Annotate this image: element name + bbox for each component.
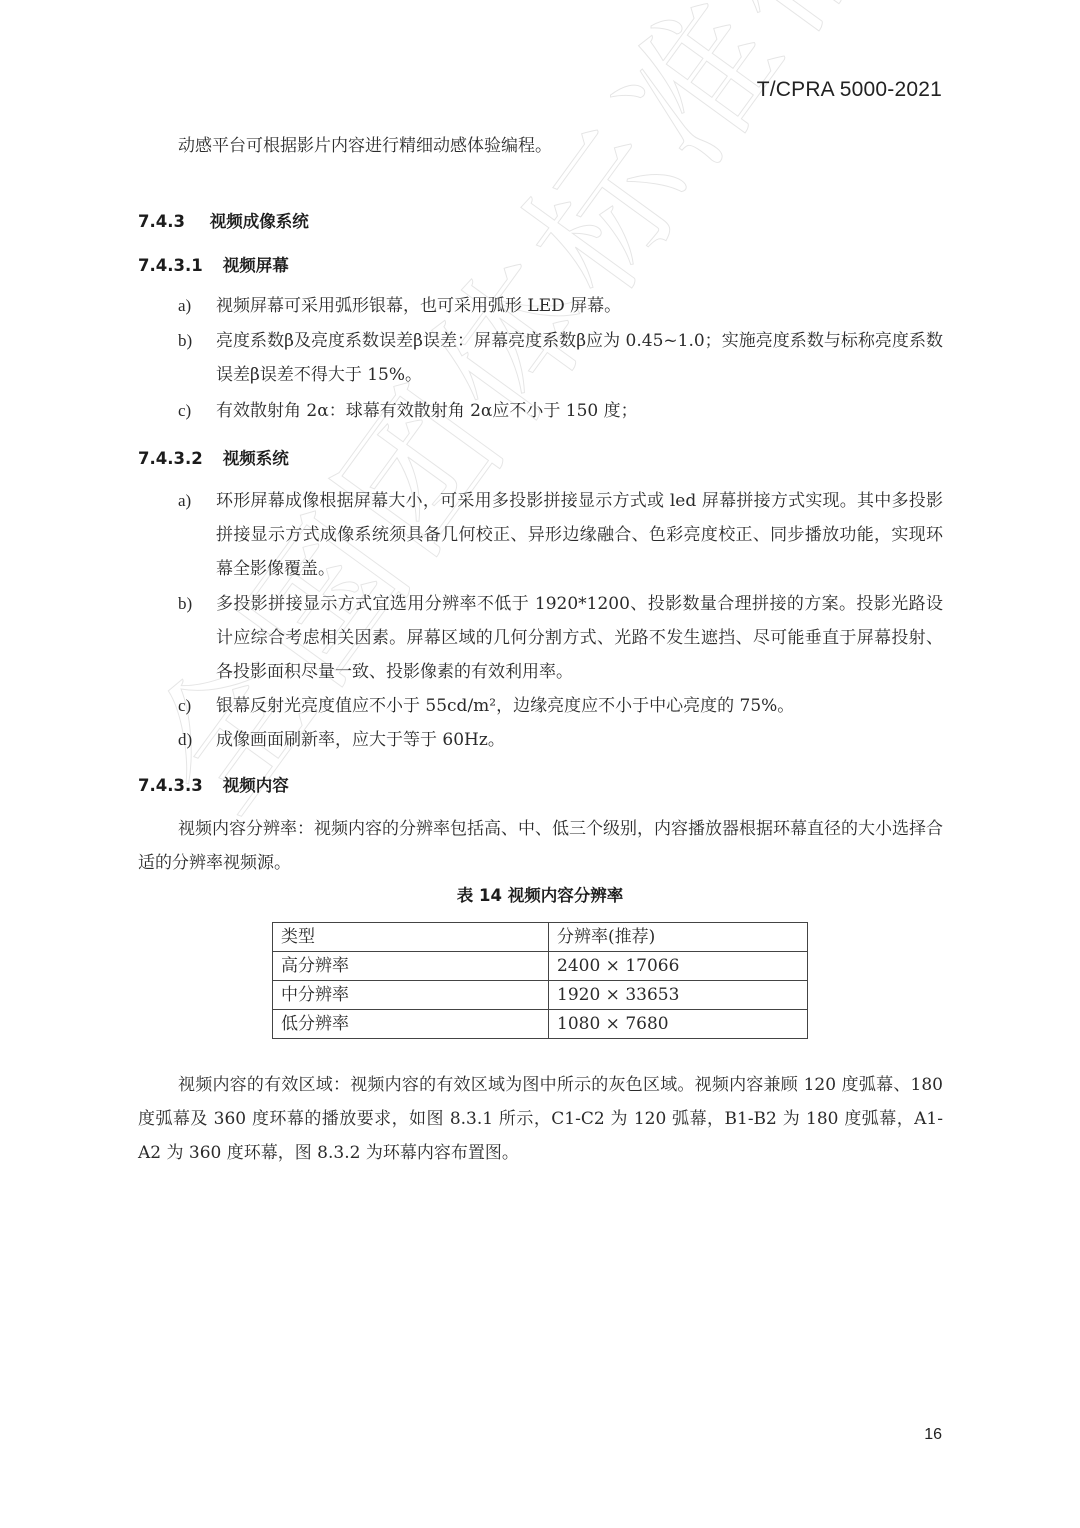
list-item: a) 环形屏幕成像根据屏幕大小，可采用多投影拼接显示方式或 led 屏幕拼接方式…	[178, 484, 943, 586]
list-item-text: 环形屏幕成像根据屏幕大小，可采用多投影拼接显示方式或 led 屏幕拼接方式实现。…	[216, 484, 943, 586]
heading-title: 视频成像系统	[210, 208, 309, 232]
list-item: a) 视频屏幕可采用弧形银幕，也可采用弧形 LED 屏幕。	[178, 289, 943, 323]
list-item-text: 亮度系数β及亮度系数误差β误差：屏幕亮度系数β应为 0.45~1.0；实施亮度系…	[216, 324, 943, 392]
heading-7-4-3-1: 7.4.3.1 视频屏幕	[138, 252, 289, 276]
resolution-table: 类型 分辨率(推荐) 高分辨率 2400 × 17066 中分辨率 1920 ×…	[272, 922, 808, 1039]
heading-number: 7.4.3.1	[138, 256, 217, 275]
list-marker: d)	[178, 723, 208, 757]
table-row: 低分辨率 1080 × 7680	[273, 1010, 808, 1039]
list-marker: c)	[178, 689, 208, 723]
intro-paragraph: 动感平台可根据影片内容进行精细动感体验编程。	[138, 129, 943, 163]
heading-title: 视频屏幕	[223, 252, 289, 276]
list-item-text: 视频屏幕可采用弧形银幕，也可采用弧形 LED 屏幕。	[216, 289, 943, 323]
list-item: d) 成像画面刷新率，应大于等于 60Hz。	[178, 723, 943, 757]
list-marker: b)	[178, 587, 208, 621]
list-marker: a)	[178, 289, 208, 323]
table-cell: 2400 × 17066	[549, 952, 808, 981]
document-page: 全国团体标准信息平台 T/CPRA 5000-2021 动感平台可根据影片内容进…	[0, 0, 1080, 1528]
list-item: c) 有效散射角 2α：球幕有效散射角 2α应不小于 150 度；	[178, 394, 943, 428]
list-item-text: 有效散射角 2α：球幕有效散射角 2α应不小于 150 度；	[216, 394, 943, 428]
list-marker: a)	[178, 484, 208, 518]
heading-title: 视频内容	[223, 772, 289, 796]
table-header-cell: 类型	[273, 923, 549, 952]
heading-number: 7.4.3.2	[138, 449, 217, 468]
list-item: b) 多投影拼接显示方式宜选用分辨率不低于 1920*1200、投影数量合理拼接…	[178, 587, 943, 689]
page-number: 16	[924, 1426, 942, 1444]
heading-7-4-3: 7.4.3 视频成像系统	[138, 208, 309, 232]
heading-number: 7.4.3	[138, 212, 204, 231]
table-header-cell: 分辨率(推荐)	[549, 923, 808, 952]
table-row: 高分辨率 2400 × 17066	[273, 952, 808, 981]
table-cell: 1080 × 7680	[549, 1010, 808, 1039]
table-caption: 表 14 视频内容分辨率	[0, 882, 1080, 906]
list-marker: b)	[178, 324, 208, 358]
list-item: b) 亮度系数β及亮度系数误差β误差：屏幕亮度系数β应为 0.45~1.0；实施…	[178, 324, 943, 392]
heading-number: 7.4.3.3	[138, 776, 217, 795]
list-item-text: 成像画面刷新率，应大于等于 60Hz。	[216, 723, 943, 757]
table-cell: 低分辨率	[273, 1010, 549, 1039]
effective-area-paragraph: 视频内容的有效区域：视频内容的有效区域为图中所示的灰色区域。视频内容兼顾 120…	[138, 1068, 943, 1170]
list-item: c) 银幕反射光亮度值应不小于 55cd/m²，边缘亮度应不小于中心亮度的 75…	[178, 689, 943, 723]
table-cell: 中分辨率	[273, 981, 549, 1010]
list-item-text: 多投影拼接显示方式宜选用分辨率不低于 1920*1200、投影数量合理拼接的方案…	[216, 587, 943, 689]
standard-code: T/CPRA 5000-2021	[757, 78, 942, 102]
heading-7-4-3-3: 7.4.3.3 视频内容	[138, 772, 289, 796]
table-cell: 高分辨率	[273, 952, 549, 981]
resolution-paragraph: 视频内容分辨率：视频内容的分辨率包括高、中、低三个级别，内容播放器根据环幕直径的…	[138, 812, 943, 880]
heading-title: 视频系统	[223, 445, 289, 469]
list-item-text: 银幕反射光亮度值应不小于 55cd/m²，边缘亮度应不小于中心亮度的 75%。	[216, 689, 943, 723]
table-header-row: 类型 分辨率(推荐)	[273, 923, 808, 952]
list-marker: c)	[178, 394, 208, 428]
heading-7-4-3-2: 7.4.3.2 视频系统	[138, 445, 289, 469]
table-row: 中分辨率 1920 × 33653	[273, 981, 808, 1010]
table-cell: 1920 × 33653	[549, 981, 808, 1010]
